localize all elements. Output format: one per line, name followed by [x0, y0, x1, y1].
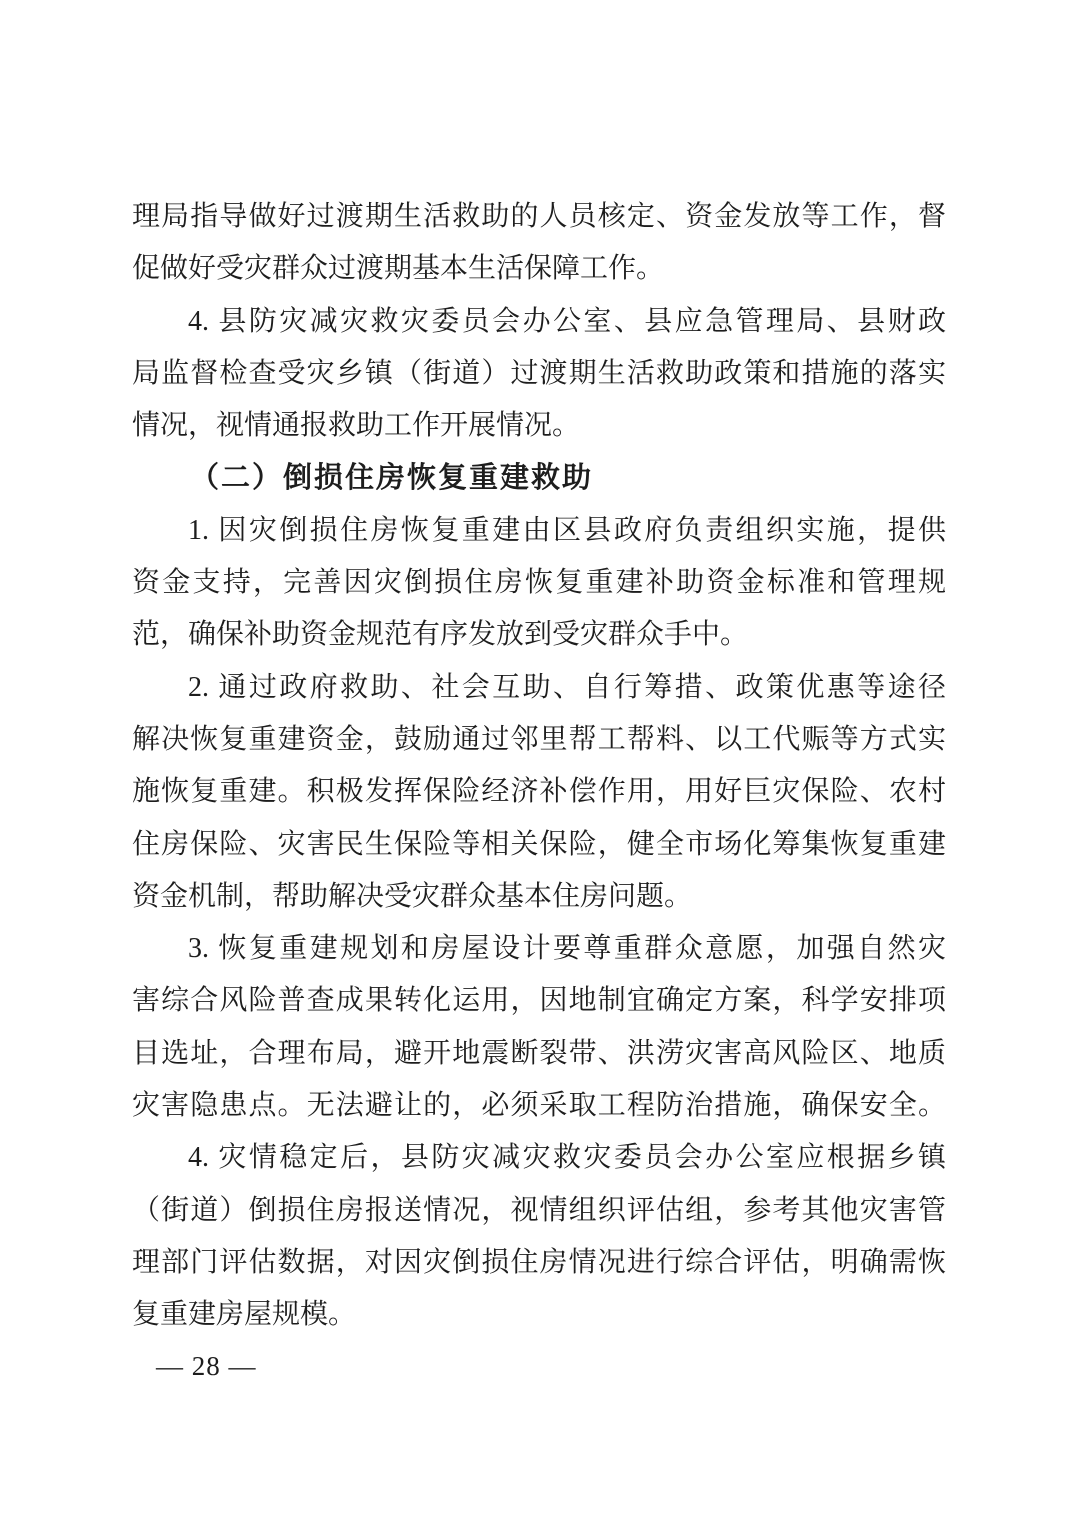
- text-line: 理部门评估数据，对因灾倒损住房情况进行综合评估，明确需恢: [132, 1237, 946, 1289]
- text-line: 资金支持，完善因灾倒损住房恢复重建补助资金标准和管理规: [132, 557, 946, 609]
- text-line: 促做好受灾群众过渡期基本生活保障工作。: [132, 243, 946, 295]
- text-line: 复重建房屋规模。: [132, 1289, 946, 1341]
- text-line: 4. 灾情稳定后，县防灾减灾救灾委员会办公室应根据乡镇: [132, 1132, 946, 1184]
- text-line: 情况，视情通报救助工作开展情况。: [132, 400, 946, 452]
- section-heading-text: （二）倒损住房恢复重建救助: [132, 452, 946, 504]
- paragraph-item3: 3. 恢复重建规划和房屋设计要尊重群众意愿，加强自然灾 害综合风险普查成果转化运…: [132, 923, 946, 1132]
- paragraph-item2: 2. 通过政府救助、社会互助、自行筹措、政策优惠等途径 解决恢复重建资金，鼓励通…: [132, 662, 946, 923]
- text-line: 3. 恢复重建规划和房屋设计要尊重群众意愿，加强自然灾: [132, 923, 946, 975]
- section-heading: （二）倒损住房恢复重建救助: [132, 452, 946, 504]
- paragraph-item4-rebuild: 4. 灾情稳定后，县防灾减灾救灾委员会办公室应根据乡镇 （街道）倒损住房报送情况…: [132, 1132, 946, 1341]
- page-footer: — 28 —: [156, 1344, 257, 1388]
- text-line: 1. 因灾倒损住房恢复重建由区县政府负责组织实施，提供: [132, 505, 946, 557]
- text-line: 局监督检查受灾乡镇（街道）过渡期生活救助政策和措施的落实: [132, 348, 946, 400]
- text-line: 施恢复重建。积极发挥保险经济补偿作用，用好巨灾保险、农村: [132, 766, 946, 818]
- text-line: 资金机制，帮助解决受灾群众基本住房问题。: [132, 871, 946, 923]
- text-line: 解决恢复重建资金，鼓励通过邻里帮工帮料、以工代赈等方式实: [132, 714, 946, 766]
- text-line: 灾害隐患点。无法避让的，必须采取工程防治措施，确保安全。: [132, 1080, 946, 1132]
- paragraph-continuation: 理局指导做好过渡期生活救助的人员核定、资金发放等工作，督 促做好受灾群众过渡期基…: [132, 191, 946, 296]
- text-line: 4. 县防灾减灾救灾委员会办公室、县应急管理局、县财政: [132, 296, 946, 348]
- text-line: 害综合风险普查成果转化运用，因地制宜确定方案，科学安排项: [132, 975, 946, 1027]
- text-line: 理局指导做好过渡期生活救助的人员核定、资金发放等工作，督: [132, 191, 946, 243]
- document-body: 理局指导做好过渡期生活救助的人员核定、资金发放等工作，督 促做好受灾群众过渡期基…: [132, 191, 946, 1342]
- text-line: 住房保险、灾害民生保险等相关保险，健全市场化筹集恢复重建: [132, 819, 946, 871]
- paragraph-item1: 1. 因灾倒损住房恢复重建由区县政府负责组织实施，提供 资金支持，完善因灾倒损住…: [132, 505, 946, 662]
- text-line: 2. 通过政府救助、社会互助、自行筹措、政策优惠等途径: [132, 662, 946, 714]
- text-line: 目选址，合理布局，避开地震断裂带、洪涝灾害高风险区、地质: [132, 1028, 946, 1080]
- text-line: 范，确保补助资金规范有序发放到受灾群众手中。: [132, 609, 946, 661]
- paragraph-item4-transition: 4. 县防灾减灾救灾委员会办公室、县应急管理局、县财政 局监督检查受灾乡镇（街道…: [132, 296, 946, 453]
- document-page: 理局指导做好过渡期生活救助的人员核定、资金发放等工作，督 促做好受灾群众过渡期基…: [0, 0, 1074, 1520]
- text-line: （街道）倒损住房报送情况，视情组织评估组，参考其他灾害管: [132, 1185, 946, 1237]
- page-number: — 28 —: [156, 1351, 257, 1381]
